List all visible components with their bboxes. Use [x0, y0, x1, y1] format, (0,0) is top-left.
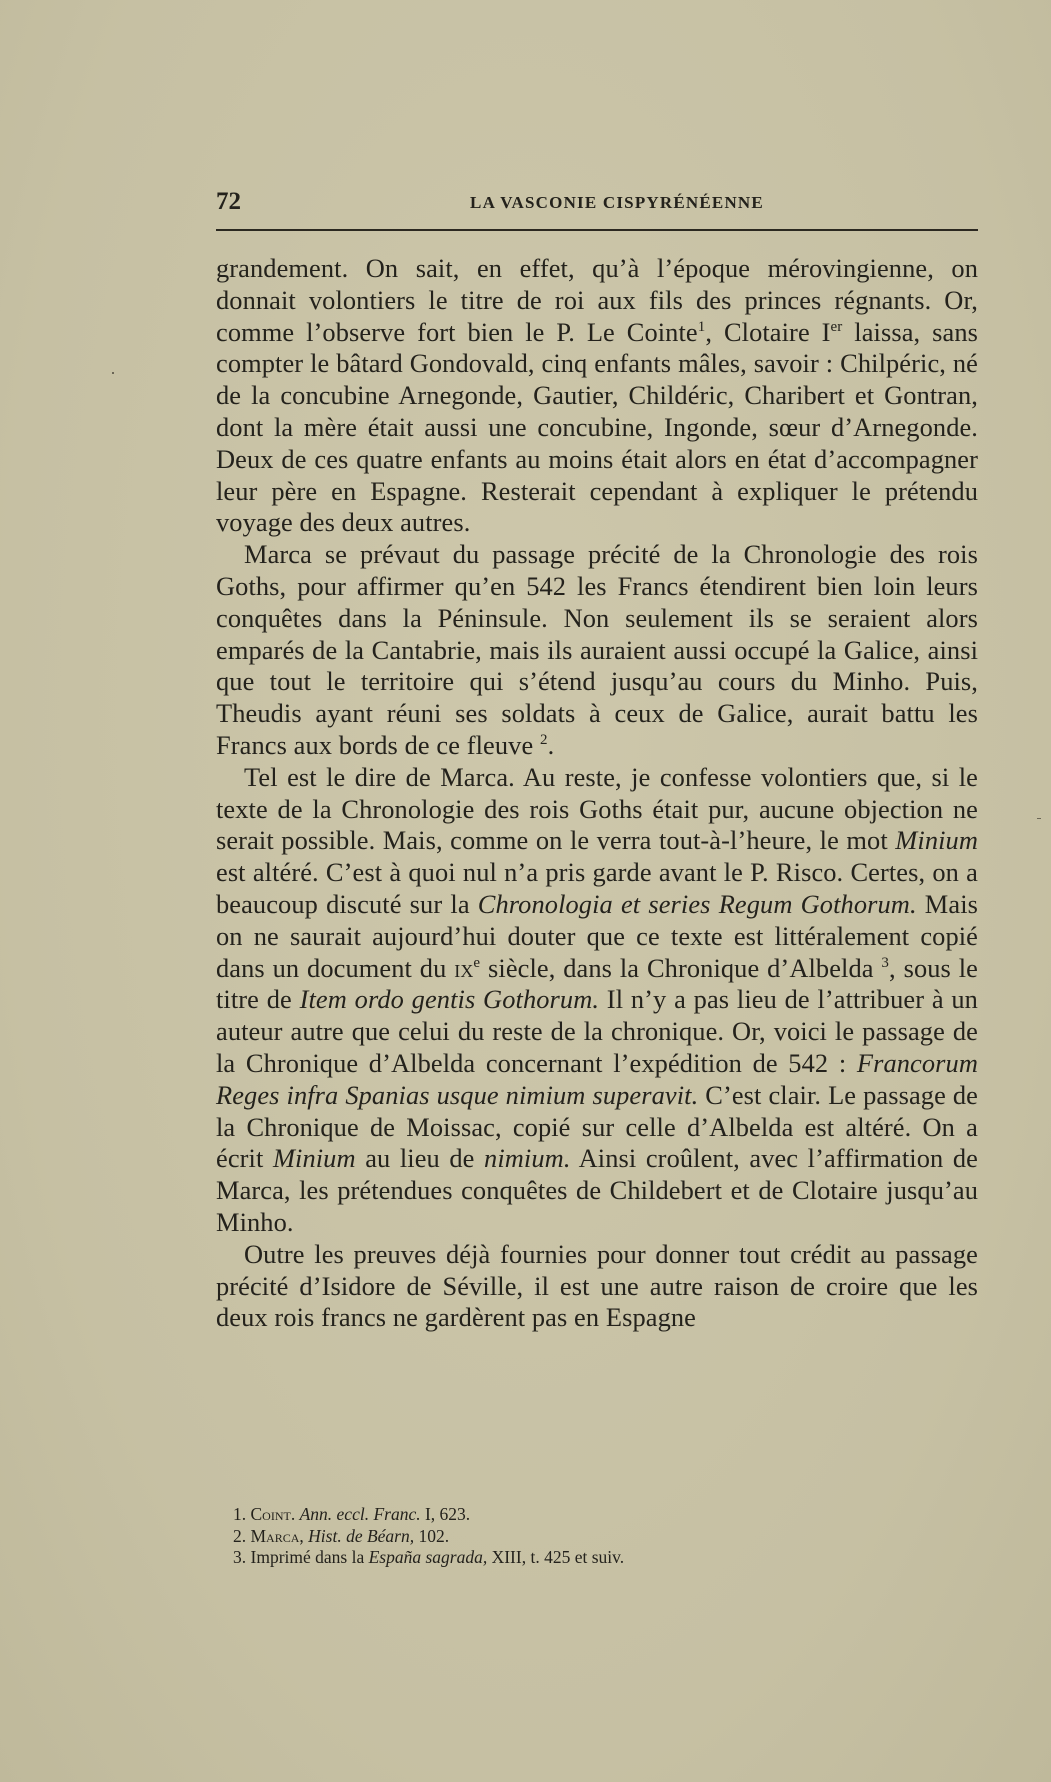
italic-term: Minium [895, 825, 978, 855]
text: au lieu de [356, 1143, 484, 1173]
body-text: grandement. On sait, en effet, qu’à l’ép… [216, 253, 978, 1334]
footnote-author: Marca, [251, 1526, 304, 1546]
text: Outre les preuves déjà fournies pour don… [216, 1239, 978, 1333]
paragraph-1: grandement. On sait, en effet, qu’à l’ép… [216, 253, 978, 539]
footnote-title: Ann. eccl. Franc. [300, 1504, 421, 1524]
superscript: er [831, 319, 843, 335]
footnote-ref-3: 3 [881, 955, 889, 971]
italic-term: Minium [273, 1143, 356, 1173]
page-header: 72 LA VASCONIE CISPYRÉNÉENNE [216, 188, 978, 218]
text: Marca se prévaut du passage précité de l… [216, 539, 978, 760]
paragraph-4: Outre les preuves déjà fournies pour don… [216, 1239, 978, 1334]
italic-title: Item ordo gentis Gothorum. [300, 984, 599, 1014]
footnote-number: 2. [233, 1526, 246, 1546]
footnote-ref: XIII, t. 425 et suiv. [487, 1547, 624, 1567]
footnote-author: Coint. [251, 1504, 296, 1524]
text: laissa, sans compter le bâtard Gondovald… [216, 317, 978, 538]
paragraph-3: Tel est le dire de Marca. Au reste, je c… [216, 762, 978, 1239]
paper-speck [1037, 818, 1041, 819]
text: Tel est le dire de Marca. Au reste, je c… [216, 762, 978, 856]
footnote-ref-2: 2 [540, 732, 548, 748]
footnote-title: Hist. de Béarn, [308, 1526, 414, 1546]
footnote-number: 3. [233, 1547, 246, 1567]
text: , Clotaire I [705, 317, 830, 347]
header-rule [216, 229, 978, 231]
footnote-3: 3. Imprimé dans la España sagrada, XIII,… [233, 1547, 978, 1569]
footnote-text: Imprimé dans la [251, 1547, 369, 1567]
roman-numeral: ix [454, 953, 473, 983]
footnotes: 1. Coint. Ann. eccl. Franc. I, 623. 2. M… [233, 1504, 978, 1569]
footnote-title: España sagrada, [369, 1547, 488, 1567]
text: . [548, 730, 555, 760]
footnote-ref: I, 623. [421, 1504, 471, 1524]
italic-term: nimium. [484, 1143, 570, 1173]
italic-title: Chronologia et series Regum Gothorum. [478, 889, 917, 919]
paragraph-2: Marca se prévaut du passage précité de l… [216, 539, 978, 762]
footnote-1: 1. Coint. Ann. eccl. Franc. I, 623. [233, 1504, 978, 1526]
footnote-number: 1. [233, 1504, 246, 1524]
footnote-ref: 102. [414, 1526, 449, 1546]
running-title: LA VASCONIE CISPYRÉNÉENNE [216, 193, 978, 213]
footnote-2: 2. Marca, Hist. de Béarn, 102. [233, 1526, 978, 1548]
text: siècle, dans la Chronique d’Albelda [480, 953, 873, 983]
paper-speck [112, 372, 114, 374]
